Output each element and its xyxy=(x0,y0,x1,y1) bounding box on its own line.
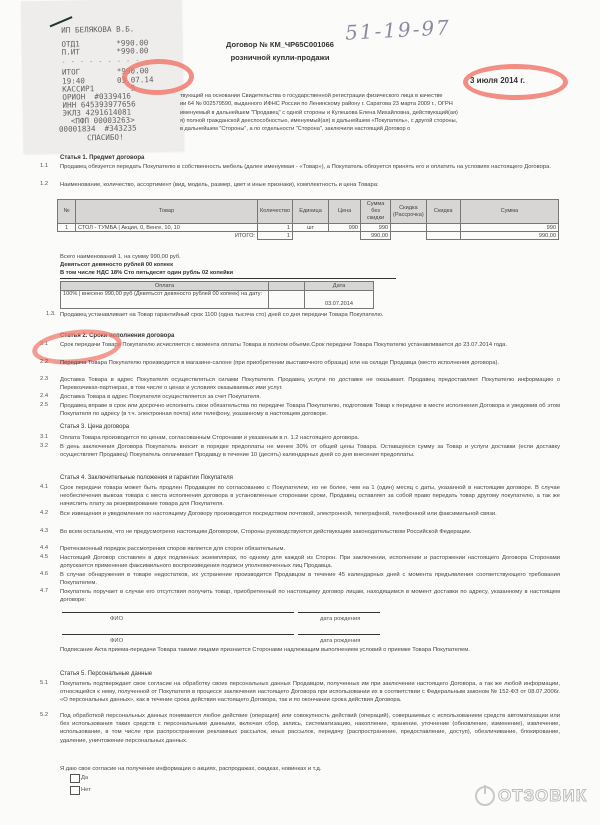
clause-2-2: Передача Товара Покупателю производится … xyxy=(60,359,560,367)
clause-3-2: В день заключения Договора Покупатель вн… xyxy=(60,443,560,459)
signature-line-fio-1[interactable] xyxy=(62,612,294,613)
clause-2-4: Доставка Товара в адрес Покупателя осуще… xyxy=(60,393,560,401)
clause-1-1: Продавец обязуется передать Покупателю в… xyxy=(60,163,560,171)
acceptance-note: Подписание Акта приема-передачи Товара т… xyxy=(60,646,560,654)
clause-1-3: Продавец устанавливает на Товар гарантий… xyxy=(60,311,560,319)
consent-text: Я даю свое согласие на получение информа… xyxy=(60,765,560,773)
clause-4-4: Претензионный порядок рассмотрения споро… xyxy=(60,545,560,553)
clause-3-1: Оплата Товара производится по ценам, сог… xyxy=(60,434,560,442)
clause-4-6: В случае обнаружения в товаре недостатко… xyxy=(60,571,560,587)
signature-line-dob-2[interactable] xyxy=(298,634,380,635)
clause-5-1: Покупатель подтверждает свое согласие на… xyxy=(60,680,560,705)
consent-yes-checkbox[interactable] xyxy=(70,774,80,783)
payment-table: Оплата Дата 100% | внесено 990,00 руб (Д… xyxy=(60,281,374,309)
goods-table: № Товар Количество Единица Цена Сумма бе… xyxy=(57,199,559,240)
signature-line-fio-2[interactable] xyxy=(62,634,294,635)
receipt-thanks: СПАСИБО! xyxy=(87,134,124,143)
clause-1-2: Наименование, количество, ассортимент (в… xyxy=(60,181,560,189)
order-summary: Всего наименований 1, на сумму 990,00 ру… xyxy=(60,253,396,279)
clause-4-5: Настоящий Договор составлен в двух подли… xyxy=(60,554,560,570)
annotation-circle-receipt xyxy=(122,58,195,95)
article-3-title: Статья 3. Цена договора xyxy=(60,424,129,430)
clause-4-7: Покупатель поручает в случае его отсутст… xyxy=(60,588,560,604)
article-1-title: Статья 1. Предмет договора xyxy=(60,155,144,161)
clause-5-2: Под обработкой персональных данных поним… xyxy=(60,712,560,745)
clause-2-3: Доставка Товара в адрес Покупателя осуще… xyxy=(60,376,560,392)
article-5-title: Статья 5. Персональные данные xyxy=(60,671,152,677)
handwritten-note: 51-19-97 xyxy=(344,15,451,45)
table-row: 1 СТОЛ - ТУМБА | Акция, 0, Венге, 10, 10… xyxy=(58,224,559,232)
clause-4-3: Во всем остальном, что не предусмотрено … xyxy=(60,528,560,536)
contract-page: ИП БЕЛЯКОВА В.Б. ОТД1 *990.00 П.ИТ *990.… xyxy=(0,0,600,825)
clause-2-5: Продавец вправе в срок или досрочно испо… xyxy=(60,402,560,418)
clause-4-2: Все извещения и уведомления по настоящем… xyxy=(60,510,560,518)
consent-no-checkbox[interactable] xyxy=(70,786,80,795)
receipt-seller: ИП БЕЛЯКОВА В.Б. xyxy=(61,25,134,34)
receipt-line-2: П.ИТ *990.00 xyxy=(62,47,149,57)
clause-2-1: Срок передачи Товара Покупателю исчисляе… xyxy=(60,341,560,349)
clause-4-1: Срок передачи товара может быть продлен … xyxy=(60,484,560,509)
table-total-row: ИТОГО: 1 990,00 990,00 xyxy=(58,232,559,240)
signature-line-dob-1[interactable] xyxy=(298,612,380,613)
document-title: Договор № КМ_ЧР65С001066 розничной купли… xyxy=(210,38,350,64)
intro-text: твующий на основании Свидетельства о гос… xyxy=(180,92,562,133)
cash-receipt: ИП БЕЛЯКОВА В.Б. ОТД1 *990.00 П.ИТ *990.… xyxy=(21,0,184,153)
article-4-title: Статья 4. Заключительные положения и гар… xyxy=(60,475,233,481)
otzovik-watermark: ОТЗОВИК xyxy=(475,786,587,806)
power-icon xyxy=(475,786,495,806)
table-row: 100% | внесено 990,00 руб (Девятьсот дев… xyxy=(61,291,374,309)
